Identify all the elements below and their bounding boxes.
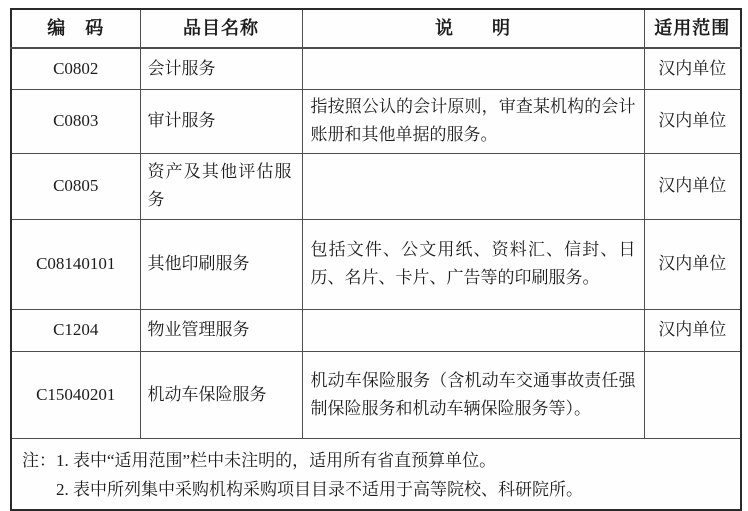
header-code: 编 码 [11, 9, 140, 48]
cell-desc: 机动车保险服务（含机动车交通事故责任强制保险服务和机动车辆保险服务等）。 [302, 351, 644, 438]
cell-code: C0803 [11, 89, 140, 153]
note-item-1: 1. 表中“适用范围”栏中未注明的，适用所有省直预算单位。 [56, 446, 730, 476]
procurement-catalog-table: 编 码 品目名称 说 明 适用范围 C0802 会计服务 汉内单位 C0803 … [10, 8, 742, 511]
table-row: C0802 会计服务 汉内单位 [11, 48, 741, 89]
cell-scope: 汉内单位 [644, 48, 741, 89]
cell-scope: 汉内单位 [644, 153, 741, 219]
cell-scope [644, 351, 741, 438]
cell-scope: 汉内单位 [644, 309, 741, 351]
table-row: C1204 物业管理服务 汉内单位 [11, 309, 741, 351]
table-notes: 注： 1. 表中“适用范围”栏中未注明的，适用所有省直预算单位。 2. 表中所列… [22, 446, 730, 506]
table-row: C0803 审计服务 指按照公认的会计原则，审查某机构的会计账册和其他单据的服务… [11, 89, 741, 153]
cell-scope: 汉内单位 [644, 89, 741, 153]
cell-desc [302, 48, 644, 89]
table-row: C08140101 其他印刷服务 包括文件、公文用纸、资料汇、信封、日历、名片、… [11, 219, 741, 309]
header-description: 说 明 [302, 9, 644, 48]
notes-cell: 注： 1. 表中“适用范围”栏中未注明的，适用所有省直预算单位。 2. 表中所列… [11, 438, 741, 510]
table-row: C15040201 机动车保险服务 机动车保险服务（含机动车交通事故责任强制保险… [11, 351, 741, 438]
note-item-2: 2. 表中所列集中采购机构采购项目目录不适用于高等院校、科研院所。 [56, 475, 730, 505]
table-row: C0805 资产及其他评估服务 汉内单位 [11, 153, 741, 219]
cell-code: C0802 [11, 48, 140, 89]
cell-name: 其他印刷服务 [140, 219, 302, 309]
cell-desc [302, 309, 644, 351]
notes-items: 1. 表中“适用范围”栏中未注明的，适用所有省直预算单位。 2. 表中所列集中采… [56, 446, 730, 506]
cell-code: C08140101 [11, 219, 140, 309]
header-scope: 适用范围 [644, 9, 741, 48]
notes-row: 注： 1. 表中“适用范围”栏中未注明的，适用所有省直预算单位。 2. 表中所列… [11, 438, 741, 510]
cell-name: 会计服务 [140, 48, 302, 89]
cell-name: 物业管理服务 [140, 309, 302, 351]
cell-desc: 包括文件、公文用纸、资料汇、信封、日历、名片、卡片、广告等的印刷服务。 [302, 219, 644, 309]
cell-scope: 汉内单位 [644, 219, 741, 309]
table-header-row: 编 码 品目名称 说 明 适用范围 [11, 9, 741, 48]
cell-desc [302, 153, 644, 219]
cell-code: C15040201 [11, 351, 140, 438]
header-item-name: 品目名称 [140, 9, 302, 48]
cell-code: C1204 [11, 309, 140, 351]
cell-code: C0805 [11, 153, 140, 219]
notes-prefix: 注： [22, 446, 56, 476]
cell-name: 审计服务 [140, 89, 302, 153]
cell-name: 机动车保险服务 [140, 351, 302, 438]
cell-name: 资产及其他评估服务 [140, 153, 302, 219]
cell-desc: 指按照公认的会计原则，审查某机构的会计账册和其他单据的服务。 [302, 89, 644, 153]
